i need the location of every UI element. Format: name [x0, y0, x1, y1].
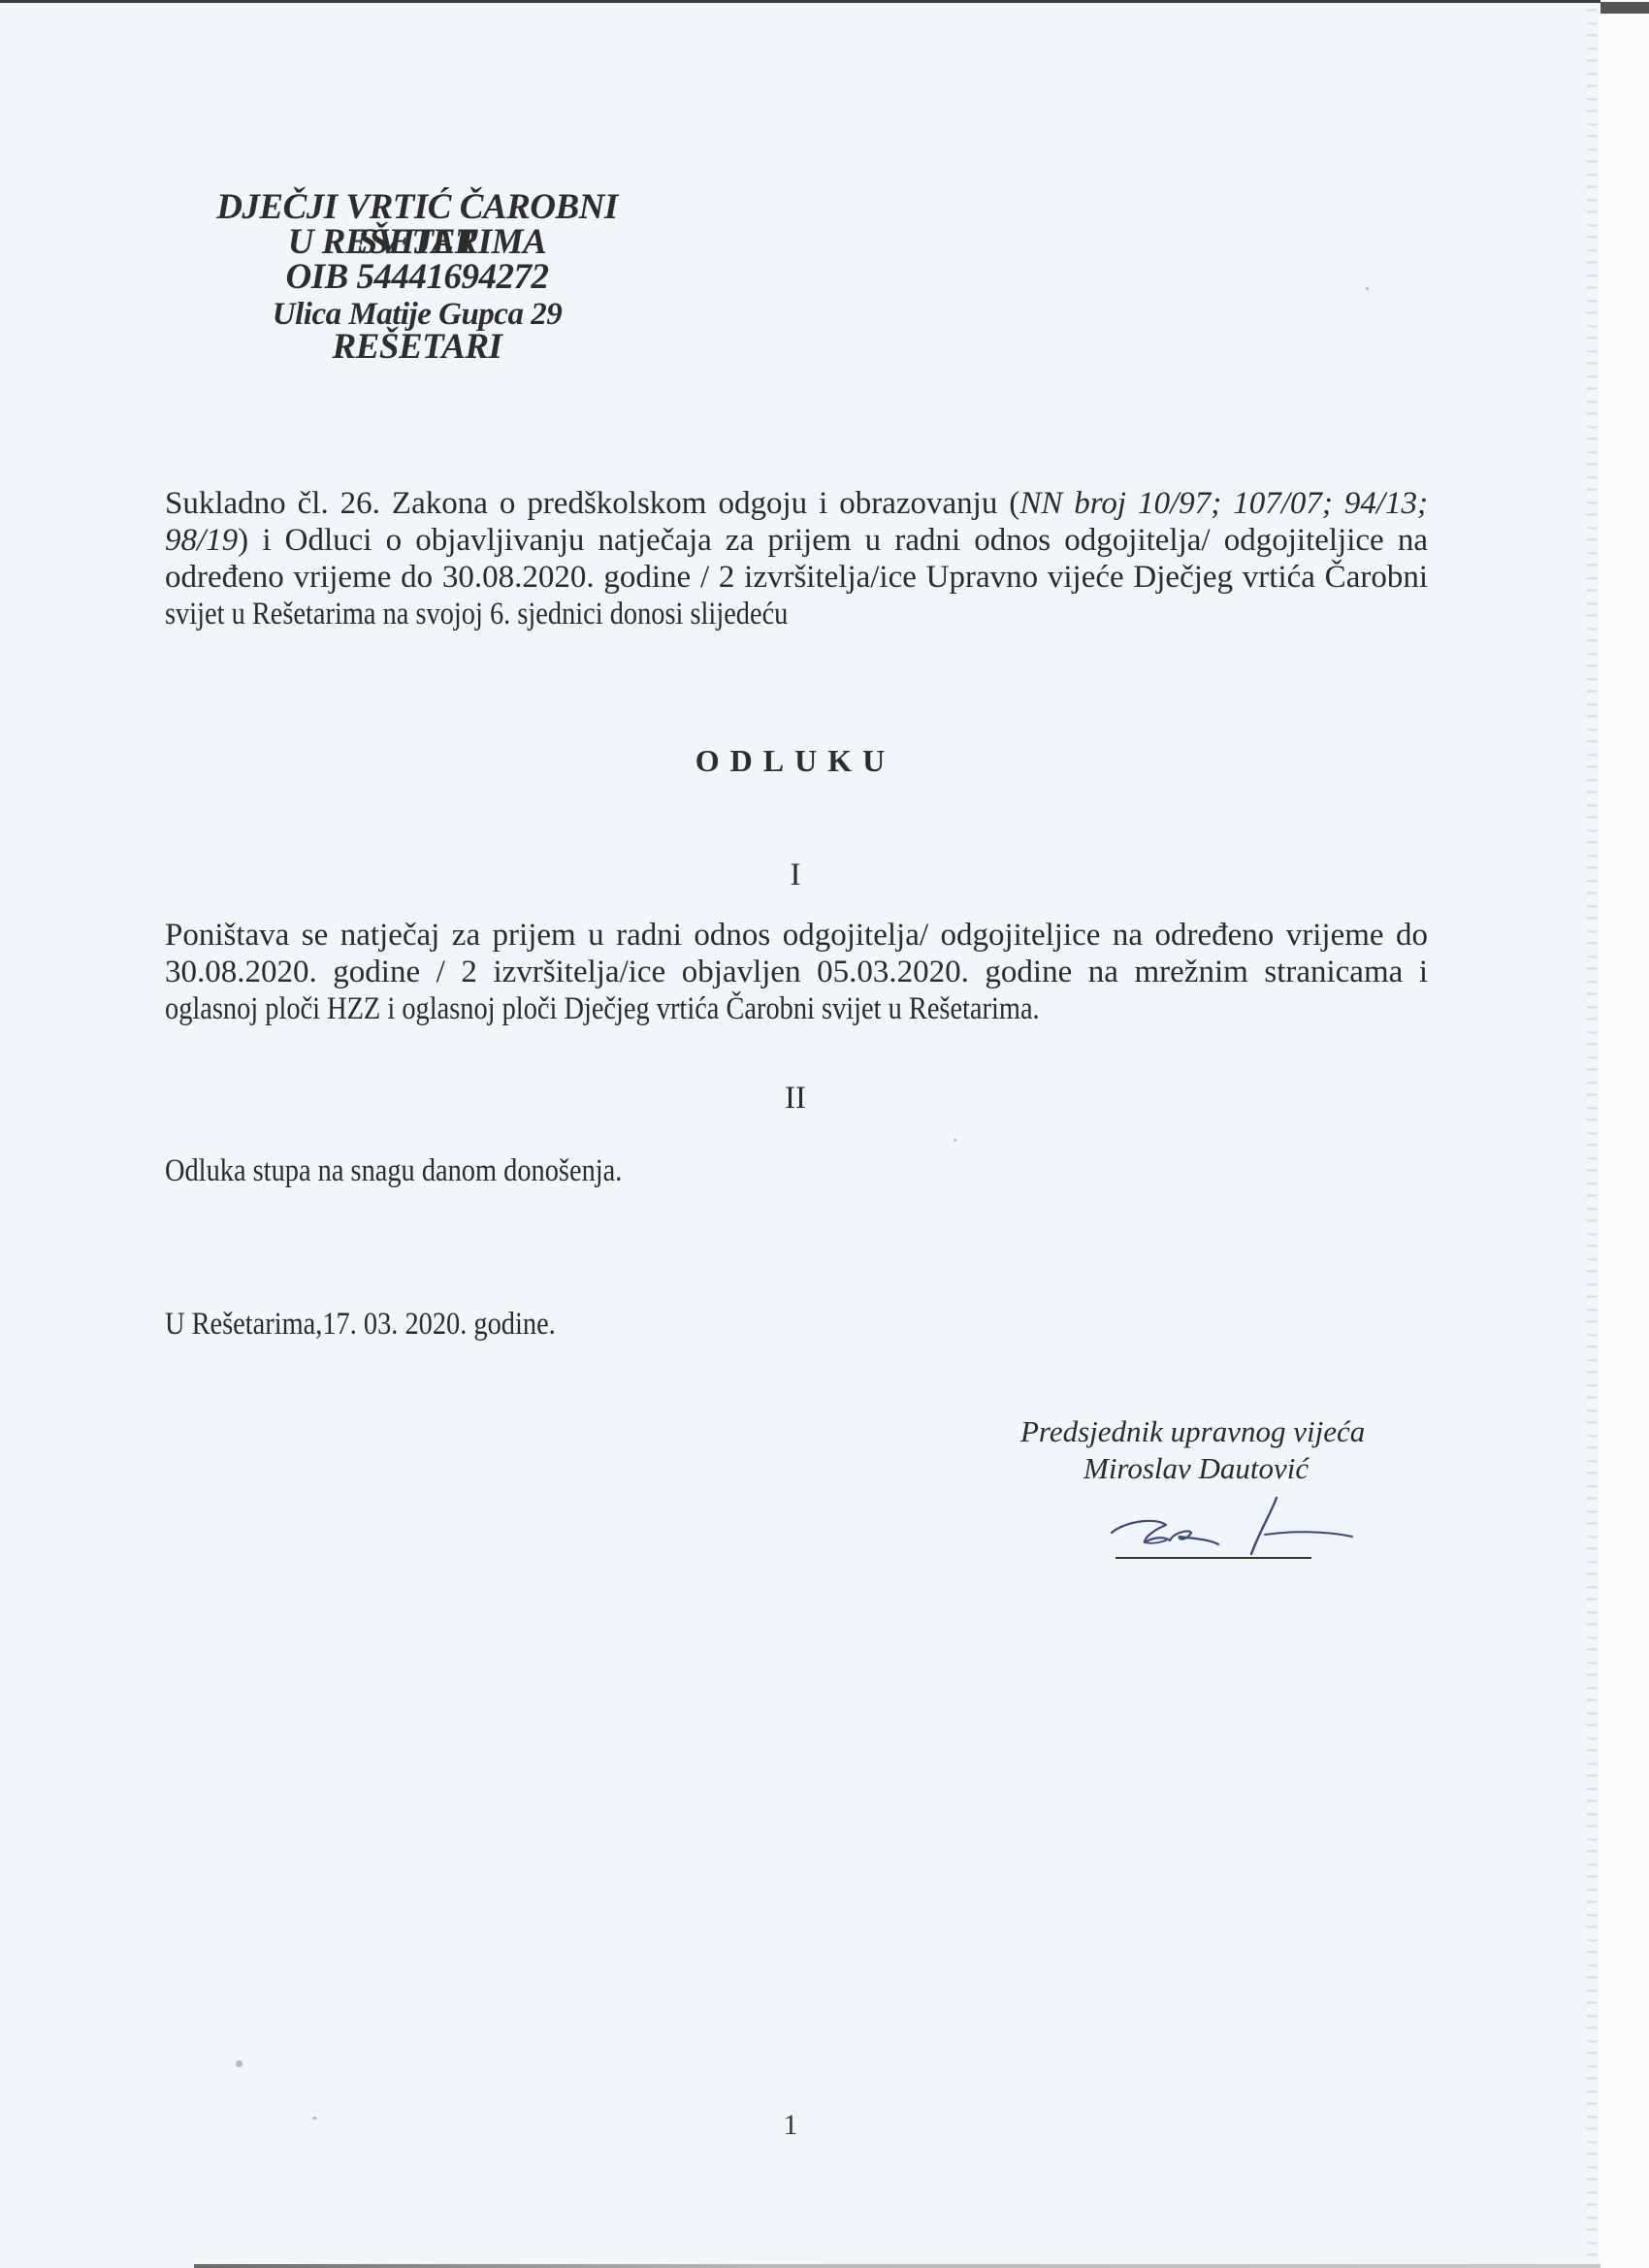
decision-title: ODLUKU	[679, 743, 912, 779]
scan-speck	[954, 1139, 956, 1142]
section-i-line: Poništava se natječaj za prijem u radni …	[165, 917, 1428, 954]
signatory-title: Predsjednik upravnog vijeća	[1020, 1414, 1365, 1449]
scan-speck	[1366, 287, 1369, 290]
section-numeral-ii: II	[766, 1081, 824, 1116]
section-i-line: 30.08.2020. godine / 2 izvršitelja/ice o…	[165, 954, 1428, 990]
letterhead-oib: OIB 54441694272	[165, 260, 669, 295]
scan-speck	[236, 2060, 242, 2067]
scan-corner-bar	[1600, 2, 1649, 14]
preamble-line: 98/19) i Odluci o objavljivanju natječaj…	[165, 522, 1428, 559]
letterhead-location: U REŠETARIMA	[165, 225, 669, 260]
scan-edge-strip	[1599, 0, 1649, 2268]
page-number: 1	[766, 2109, 815, 2142]
preamble-line: svijet u Rešetarima na svojoj 6. sjednic…	[165, 596, 1428, 632]
section-i-paragraph: Poništava se natječaj za prijem u radni …	[165, 917, 1428, 1027]
place-date: U Rešetarima,17. 03. 2020. godine.	[165, 1306, 556, 1343]
scan-speckle-line	[1587, 0, 1597, 2268]
section-ii-paragraph: Odluka stupa na snagu danom donošenja.	[165, 1152, 622, 1189]
preamble-paragraph: Sukladno čl. 26. Zakona o predškolskom o…	[165, 485, 1428, 632]
scan-bottom-edge	[194, 2264, 1600, 2268]
letterhead-town: REŠETARI	[165, 330, 669, 365]
scan-top-edge	[0, 0, 1600, 3]
section-i-line: oglasnoj ploči HZZ i oglasnoj ploči Dječ…	[165, 990, 1428, 1027]
scan-speck	[312, 2117, 317, 2120]
handwritten-signature	[1106, 1494, 1436, 1581]
preamble-line: određeno vrijeme do 30.08.2020. godine /…	[165, 559, 1428, 596]
preamble-line: Sukladno čl. 26. Zakona o predškolskom o…	[165, 485, 1428, 522]
signatory-name: Miroslav Dautović	[1083, 1451, 1309, 1486]
section-numeral-i: I	[766, 858, 824, 892]
